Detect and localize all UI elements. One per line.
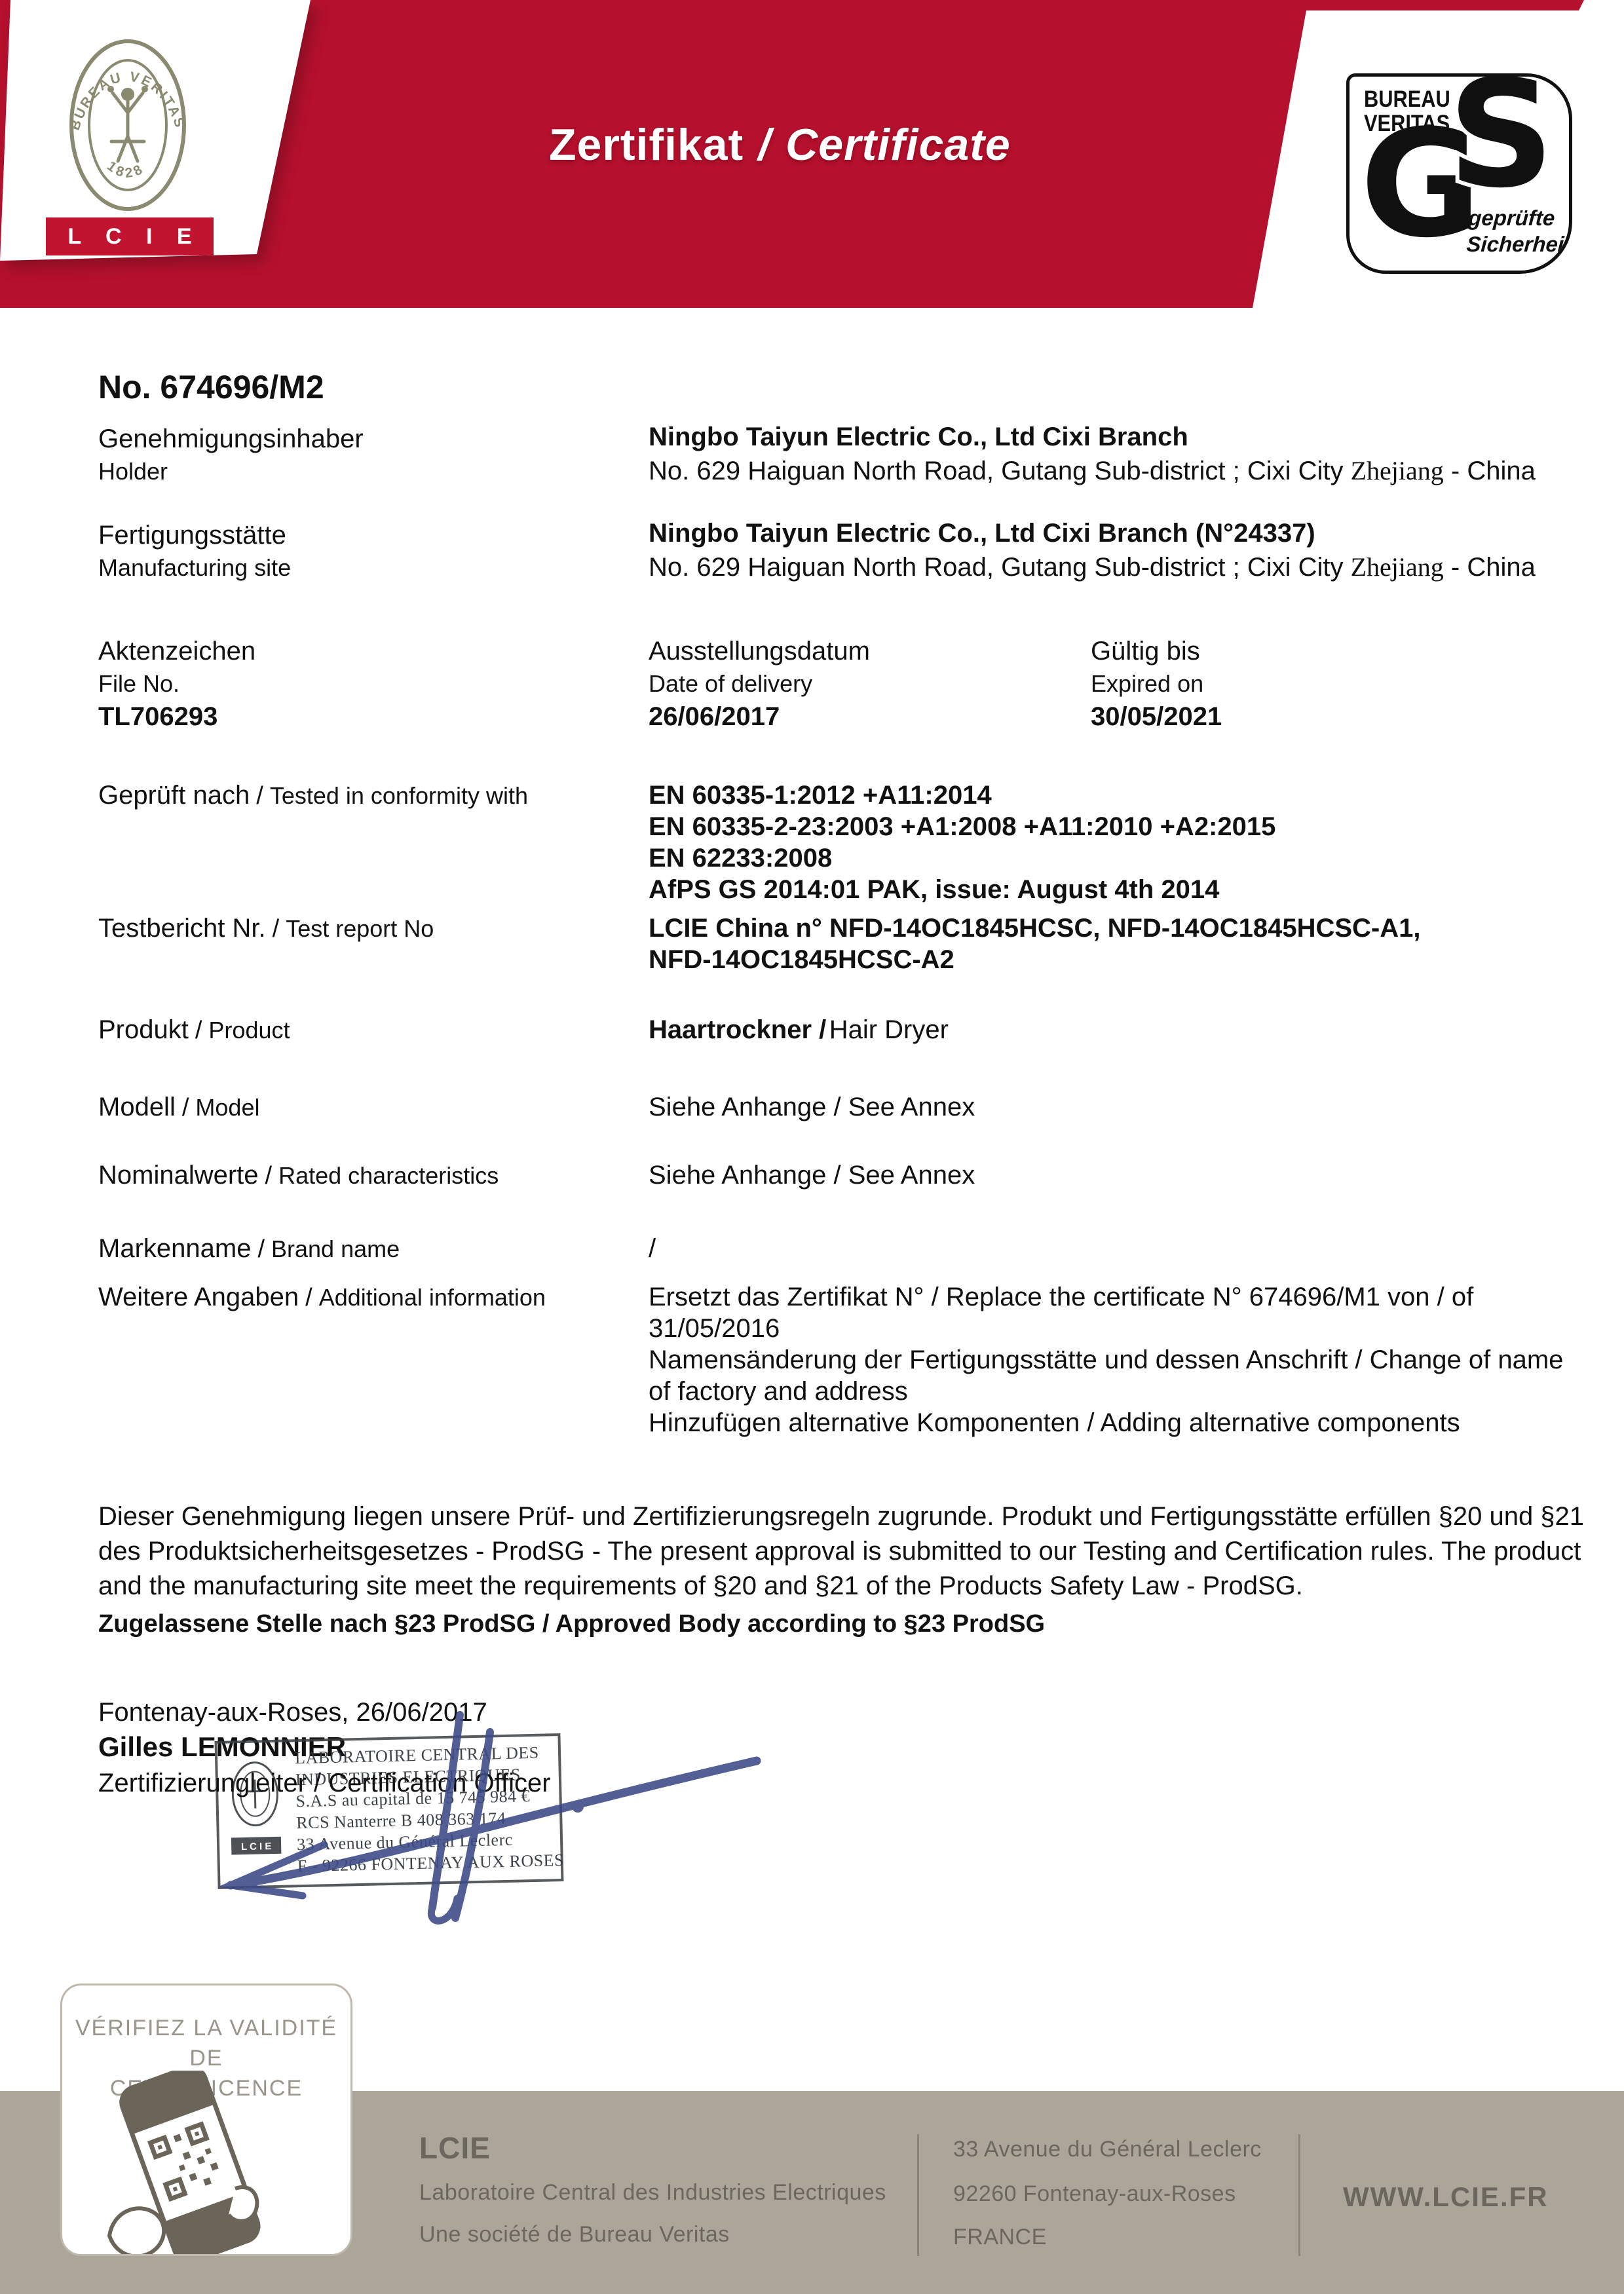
footer-address-2: 92260 Fontenay-aux-Roses (953, 2181, 1236, 2207)
expiry-label-de: Gültig bis (1091, 637, 1200, 666)
tested-label: Geprüft nach/Tested in conformity with (98, 781, 528, 810)
rated-value: Siehe Anhange / See Annex (649, 1161, 975, 1190)
additional-line-2: 31/05/2016 (649, 1314, 780, 1343)
holder-label-en: Holder (98, 459, 168, 485)
footer-org-sub1: Laboratoire Central des Industries Elect… (419, 2180, 886, 2206)
certificate-number: No. 674696/M2 (98, 368, 324, 406)
title-german: Zertifikat (549, 120, 744, 170)
footer-website: WWW.LCIE.FR (1343, 2181, 1549, 2213)
tested-standard-4: AfPS GS 2014:01 PAK, issue: August 4th 2… (649, 875, 1219, 904)
footer-org-sub2: Une société de Bureau Veritas (419, 2222, 730, 2247)
qr-phone-illustration (75, 2071, 298, 2256)
additional-line-5: Hinzufügen alternative Komponenten / Add… (649, 1408, 1460, 1437)
page-title: Zertifikat/Certificate (549, 119, 1011, 170)
holder-address: No. 629 Haiguan North Road, Gutang Sub-d… (649, 457, 1536, 485)
legal-paragraph-line-1: Dieser Genehmigung liegen unsere Prüf- u… (98, 1502, 1584, 1531)
product-label: Produkt/Product (98, 1015, 290, 1045)
site-address: No. 629 Haiguan North Road, Gutang Sub-d… (649, 553, 1536, 582)
gs-certification-mark-icon: BUREAU VERITAS G S S geprüfte Sicherheit (1346, 73, 1572, 274)
footer-address-3: FRANCE (953, 2225, 1047, 2250)
delivery-date: 26/06/2017 (649, 702, 780, 731)
legal-paragraph-line-2: des Produktsicherheitsgesetzes - ProdSG … (98, 1537, 1581, 1566)
holder-label-de: Genehmigungsinhaber (98, 424, 364, 453)
report-label: Testbericht Nr./Test report No (98, 914, 434, 943)
legal-paragraph-line-3: and the manufacturing site meet the requ… (98, 1571, 1303, 1600)
tested-standard-2: EN 60335-2-23:2003 +A1:2008 +A11:2010 +A… (649, 812, 1275, 841)
footer-divider-1 (917, 2134, 919, 2256)
report-number-2: NFD-14OC1845HCSC-A2 (649, 945, 954, 974)
tested-standard-3: EN 62233:2008 (649, 844, 832, 873)
signature-scribble (190, 1690, 793, 1932)
report-number-1: LCIE China n° NFD-14OC1845HCSC, NFD-14OC… (649, 914, 1420, 943)
footer-divider-2 (1298, 2134, 1300, 2256)
delivery-label-en: Date of delivery (649, 671, 812, 697)
additional-line-4: of factory and address (649, 1377, 908, 1406)
rated-label: Nominalwerte/Rated characteristics (98, 1161, 499, 1190)
site-label-de: Fertigungsstätte (98, 521, 286, 550)
lcie-logo-panel: BUREAU VERITAS 1828 L C I E (0, 0, 314, 262)
footer-org-name: LCIE (419, 2130, 491, 2166)
lcie-wordmark: L C I E (46, 217, 214, 255)
model-value: Siehe Anhange / See Annex (649, 1093, 975, 1121)
site-label-en: Manufacturing site (98, 555, 291, 581)
footer-address-1: 33 Avenue du Général Leclerc (953, 2137, 1262, 2162)
verify-text-line-1: VÉRIFIEZ LA VALIDITÉ DE (62, 2013, 350, 2073)
bureau-veritas-logo-icon: BUREAU VERITAS 1828 (66, 38, 190, 212)
site-name: Ningbo Taiyun Electric Co., Ltd Cixi Bra… (649, 519, 1315, 548)
expiry-date: 30/05/2021 (1091, 702, 1222, 731)
certificate-page: Zertifikat/Certificate BUREAU VERITAS 18… (0, 0, 1624, 2294)
gs-subtitle-1: geprüfte (1467, 205, 1572, 231)
brand-label: Markenname/Brand name (98, 1234, 400, 1264)
gs-subtitle-2: Sicherheit (1465, 231, 1572, 257)
tested-standard-1: EN 60335-1:2012 +A11:2014 (649, 781, 992, 810)
expiry-label-en: Expired on (1091, 671, 1203, 697)
model-label: Modell/Model (98, 1093, 259, 1122)
title-separator: / (758, 120, 771, 170)
approved-body-line: Zugelassene Stelle nach §23 ProdSG / App… (98, 1610, 1045, 1638)
file-label-de: Aktenzeichen (98, 637, 255, 666)
delivery-label-de: Ausstellungsdatum (649, 637, 870, 666)
title-english: Certificate (785, 120, 1011, 170)
holder-name: Ningbo Taiyun Electric Co., Ltd Cixi Bra… (649, 423, 1188, 451)
gs-letter-s: S (1448, 73, 1555, 209)
additional-label: Weitere Angaben/Additional information (98, 1283, 546, 1312)
svg-text:1828: 1828 (104, 159, 147, 181)
file-label-en: File No. (98, 671, 179, 697)
brand-value: / (649, 1234, 656, 1263)
additional-line-3: Namensänderung der Fertigungsstätte und … (649, 1345, 1563, 1374)
file-number: TL706293 (98, 702, 217, 731)
licence-verification-card: VÉRIFIEZ LA VALIDITÉ DE CETTE LICENCE (60, 1984, 352, 2256)
product-value: Haartrockner / Hair Dryer (649, 1015, 949, 1044)
additional-line-1: Ersetzt das Zertifikat N° / Replace the … (649, 1283, 1473, 1311)
